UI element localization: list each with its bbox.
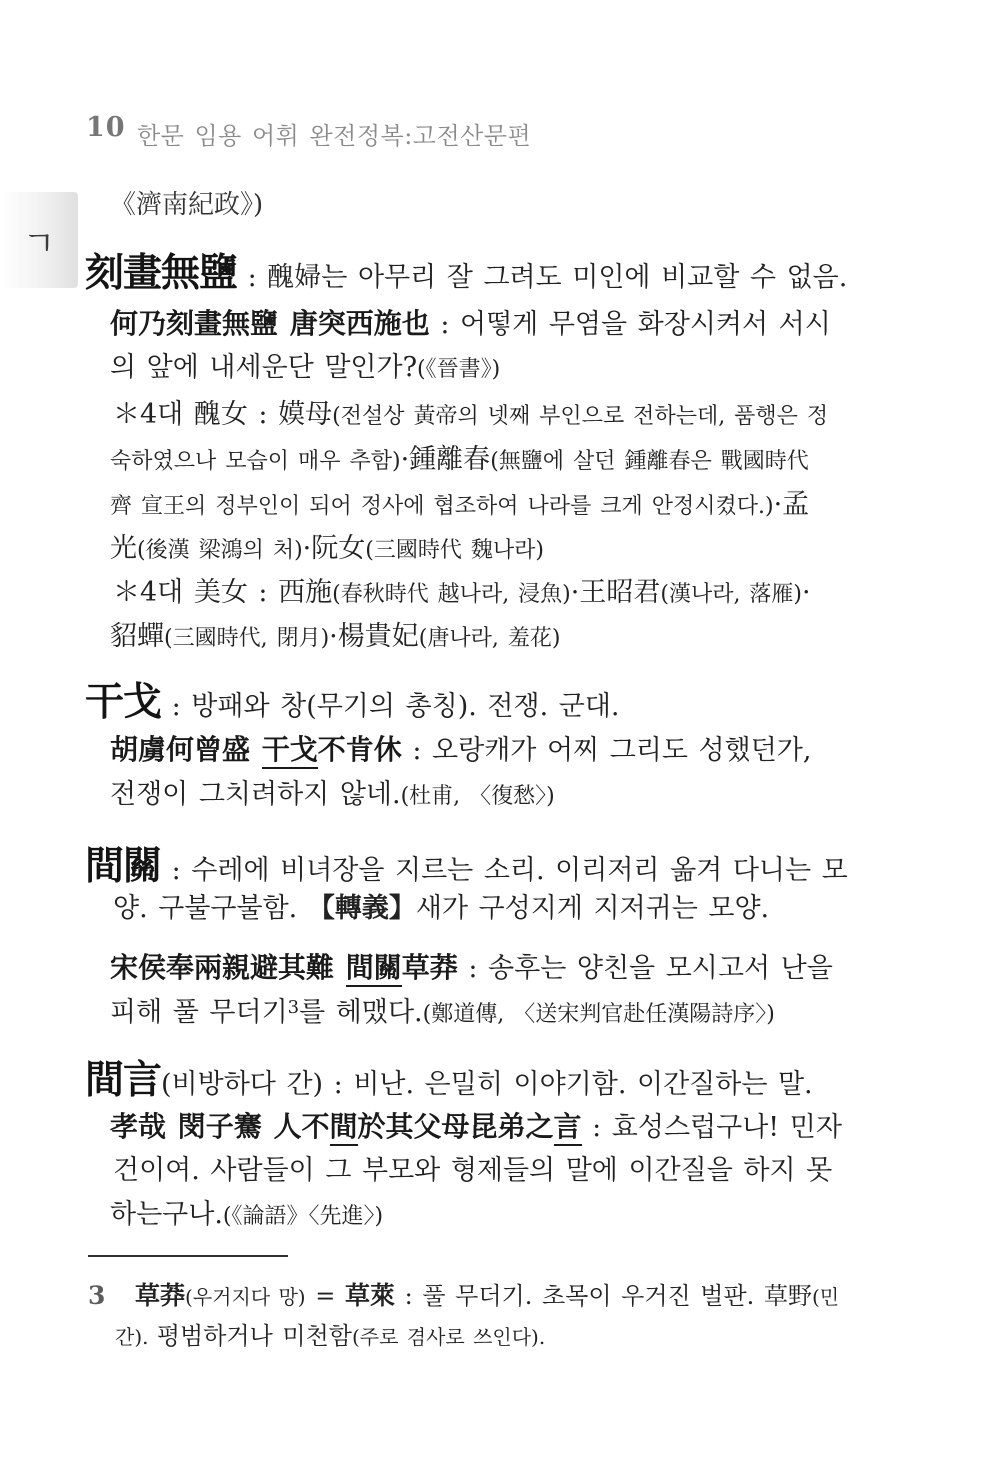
text-segment: 貂蟬 bbox=[110, 621, 164, 652]
text-segment: 醜婦는 아무리 잘 그려도 미인에 비교할 수 없음. bbox=[267, 262, 847, 293]
text-segment: 草莽 bbox=[402, 951, 458, 984]
text-segment: 宋侯奉兩親避其難 bbox=[110, 951, 346, 984]
text-segment: : 오랑캐가 어찌 그리도 성했던가, bbox=[402, 735, 812, 766]
text-segment: 【轉義】 bbox=[308, 893, 416, 924]
text-segment: 光 bbox=[110, 533, 137, 564]
text-segment: (無鹽에 살던 鍾離春은 戰國時代 bbox=[490, 449, 809, 474]
text-segment: 하는구나. bbox=[110, 1199, 223, 1230]
entry-example-line: 전쟁이 그치려하지 않네.(杜甫, 〈復愁〉) bbox=[110, 779, 555, 811]
text-segment: (三國時代, 閉月) bbox=[164, 626, 329, 651]
footnote-number: 3 bbox=[88, 1281, 105, 1310]
text-segment: ＊4대 醜女 : 嫫母 bbox=[113, 399, 332, 430]
text-segment: (三國時代 魏나라) bbox=[365, 538, 544, 563]
text-segment: (漢나라, 落雁) bbox=[660, 582, 802, 607]
entry-headword-line: 間言(비방하다 간) : 비난. 은밀히 이야기함. 이간질하는 말. bbox=[85, 1057, 813, 1104]
entry-example-line: 의 앞에 내세운단 말인가?(《晉書》) bbox=[110, 352, 500, 384]
text-segment: : bbox=[161, 855, 191, 886]
page-number: 10 bbox=[86, 112, 126, 143]
text-segment: 방패와 창(무기의 총칭). 전쟁. 군대. bbox=[191, 691, 619, 722]
text-segment: 於其父母昆弟之 bbox=[358, 1110, 554, 1143]
text-segment: = bbox=[306, 1282, 345, 1310]
entry-example-line: 孝哉 閔子騫 人不間於其父母昆弟之言 : 효성스럽구나! 민자 bbox=[110, 1110, 842, 1144]
text-segment: 間關 bbox=[85, 843, 161, 889]
text-segment: : bbox=[161, 691, 191, 722]
text-segment: (비방하다 간) : 비난. 은밀히 이야기함. 이간질하는 말. bbox=[161, 1069, 813, 1100]
entry-note-line: 齊 宣王의 정부인이 되어 정사에 협조하여 나라를 크게 안정시켰다.)·孟 bbox=[110, 489, 809, 521]
text-segment: 齊 宣王의 정부인이 되어 정사에 협조하여 나라를 크게 안정시켰다.) bbox=[110, 494, 774, 519]
text-segment: ·王昭君 bbox=[571, 577, 661, 608]
text-segment: : 어떻게 무염을 화장시켜서 서시 bbox=[430, 309, 831, 340]
text-segment: 胡虜何曾盛 bbox=[110, 733, 262, 766]
text-segment: 間言 bbox=[85, 1057, 161, 1103]
text-segment: ·阮女 bbox=[303, 533, 366, 564]
text-segment: 새가 구성지게 지저귀는 모양. bbox=[416, 893, 769, 924]
text-segment: 干戈 bbox=[262, 733, 318, 769]
text-segment: (春秋時代 越나라, 浸魚) bbox=[332, 582, 571, 607]
text-segment: 草萊 bbox=[345, 1281, 395, 1310]
entry-example-line: 피해 풀 무더기3를 헤맸다.(鄭道傳, 〈送宋判官赴任漢陽詩序〉) bbox=[110, 997, 775, 1029]
text-segment: 수레에 비녀장을 지르는 소리. 이리저리 옮겨 다니는 모 bbox=[191, 855, 847, 886]
text-segment: (민 bbox=[812, 1285, 839, 1309]
text-segment: (우거지다 망) bbox=[185, 1285, 306, 1309]
text-segment: ＊4대 美女 : 西施 bbox=[113, 577, 332, 608]
entry-example-line: 何乃刻畫無鹽 唐突西施也 : 어떻게 무염을 화장시켜서 서시 bbox=[110, 307, 831, 341]
text-segment: 孝哉 閔子騫 人不 bbox=[110, 1110, 330, 1143]
text-segment: : 송후는 양친을 모시고서 난을 bbox=[458, 953, 833, 984]
text-segment: 숙하였으나 모습이 매우 추함) bbox=[110, 449, 401, 474]
footnote-line: 간). 평범하거나 미천함(주로 겸사로 쓰인다). bbox=[115, 1322, 545, 1351]
text-segment: (鄭道傳, 〈送宋判官赴任漢陽詩序〉) bbox=[423, 1002, 775, 1027]
text-segment: 간). bbox=[115, 1325, 157, 1349]
entry-note-line: ＊4대 美女 : 西施(春秋時代 越나라, 浸魚)·王昭君(漢나라, 落雁)· bbox=[113, 577, 811, 609]
text-segment: (唐나라, 羞花) bbox=[419, 626, 561, 651]
text-segment: 양. 구불구불함. bbox=[113, 893, 308, 924]
text-segment: 를 헤맸다. bbox=[299, 997, 423, 1028]
footnote-line: 草莽(우거지다 망) = 草萊 : 풀 무더기. 초목이 우거진 벌판. 草野(… bbox=[135, 1281, 839, 1311]
entry-note-line: 光(後漢 梁鴻의 처)·阮女(三國時代 魏나라) bbox=[110, 533, 544, 565]
text-segment: : 풀 무더기. 초목이 우거진 벌판. 草野 bbox=[395, 1282, 812, 1310]
text-segment: ·楊貴妃 bbox=[329, 621, 419, 652]
index-tab: ㄱ bbox=[0, 192, 78, 288]
text-segment: 3 bbox=[288, 997, 299, 1018]
entry-example-line: 하는구나.(《論語》〈先進〉) bbox=[110, 1199, 383, 1231]
book-page: 10 한문 임용 어휘 완전정복:고전산문편 ㄱ 《濟南紀政》) 刻畫無鹽 : … bbox=[0, 0, 985, 1457]
text-segment: (後漢 梁鴻의 처) bbox=[137, 538, 303, 563]
entry-body-line: 양. 구불구불함. 【轉義】새가 구성지게 지저귀는 모양. bbox=[113, 893, 769, 925]
text-segment: ·孟 bbox=[774, 489, 810, 520]
text-segment: 전쟁이 그치려하지 않네. bbox=[110, 779, 401, 810]
text-segment: (《晉書》) bbox=[417, 357, 500, 382]
text-segment: 言 bbox=[554, 1110, 582, 1146]
entry-example-line: 胡虜何曾盛 干戈不肯休 : 오랑캐가 어찌 그리도 성했던가, bbox=[110, 733, 811, 767]
text-segment: 피해 풀 무더기 bbox=[110, 997, 288, 1028]
text-segment: 草莽 bbox=[135, 1281, 185, 1310]
entry-note-line: 貂蟬(三國時代, 閉月)·楊貴妃(唐나라, 羞花) bbox=[110, 621, 560, 653]
entry-headword-line: 刻畫無鹽 : 醜婦는 아무리 잘 그려도 미인에 비교할 수 없음. bbox=[85, 250, 847, 297]
citation-carryover: 《濟南紀政》) bbox=[110, 184, 263, 221]
text-segment: ·鍾離春 bbox=[401, 444, 491, 475]
text-segment: : 효성스럽구나! 민자 bbox=[582, 1112, 842, 1143]
text-segment: 의 앞에 내세운단 말인가? bbox=[110, 352, 417, 383]
text-segment: 何乃刻畫無鹽 唐突西施也 bbox=[110, 307, 430, 340]
entry-headword-line: 間關 : 수레에 비녀장을 지르는 소리. 이리저리 옮겨 다니는 모 bbox=[85, 843, 848, 890]
text-segment: (전설상 黃帝의 넷째 부인으로 전하는데, 품행은 정 bbox=[332, 404, 828, 429]
entry-example-line: 宋侯奉兩親避其難 間關草莽 : 송후는 양친을 모시고서 난을 bbox=[110, 951, 833, 985]
text-segment: 刻畫無鹽 bbox=[85, 250, 237, 296]
text-segment: 평범하거나 미천함 bbox=[157, 1322, 352, 1350]
text-segment: 不肯休 bbox=[318, 733, 402, 766]
entry-note-line: ＊4대 醜女 : 嫫母(전설상 黃帝의 넷째 부인으로 전하는데, 품행은 정 bbox=[113, 399, 828, 431]
text-segment: 間 bbox=[330, 1110, 358, 1146]
text-segment: 건이여. 사람들이 그 부모와 형제들의 말에 이간질을 하지 못 bbox=[113, 1155, 832, 1186]
text-segment: 干戈 bbox=[85, 679, 161, 725]
footnote-divider bbox=[88, 1255, 288, 1257]
text-segment: (주로 겸사로 쓰인다). bbox=[352, 1325, 545, 1349]
text-segment: (《論語》〈先進〉) bbox=[223, 1204, 383, 1229]
entry-note-line: 숙하였으나 모습이 매우 추함)·鍾離春(無鹽에 살던 鍾離春은 戰國時代 bbox=[110, 444, 809, 476]
text-segment: (杜甫, 〈復愁〉) bbox=[401, 784, 555, 809]
text-segment: : bbox=[237, 262, 267, 293]
running-header-title: 한문 임용 어휘 완전정복:고전산문편 bbox=[137, 116, 531, 151]
entry-example-line: 건이여. 사람들이 그 부모와 형제들의 말에 이간질을 하지 못 bbox=[113, 1155, 832, 1187]
text-segment: 間關 bbox=[346, 951, 402, 987]
text-segment: · bbox=[802, 577, 811, 608]
index-tab-label: ㄱ bbox=[23, 216, 56, 265]
entry-headword-line: 干戈 : 방패와 창(무기의 총칭). 전쟁. 군대. bbox=[85, 679, 620, 726]
